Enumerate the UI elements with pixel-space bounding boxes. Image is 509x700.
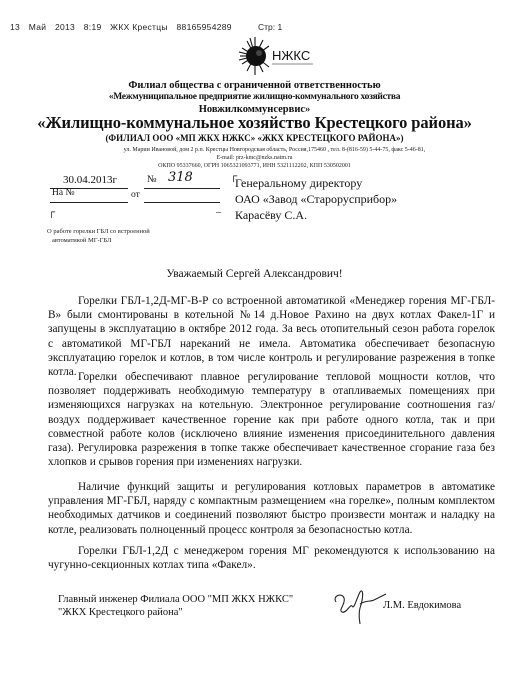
sun-burst-logo-icon: НЖКС [238,36,328,76]
fax-year: 2013 [55,22,75,32]
recipient-title: Генеральному директору [235,175,397,191]
letter-date: 30.04.2013г [63,174,117,186]
letterhead-title: «Жилищно-коммунальное хозяйство Крестецк… [0,113,509,133]
body-paragraph-3: Наличие функций защиты и регулирования к… [48,480,495,537]
body-paragraph-1: Горелки ГБЛ-1,2Д-МГ-В-Р со встроенной ав… [48,294,495,379]
letter-number-label: № [147,174,157,185]
fax-day: 13 [10,22,20,32]
svg-text:НЖКС: НЖКС [272,48,310,63]
body-paragraph-4: Горелки ГБЛ-1,2Д с менеджером горения МГ… [48,544,495,572]
body-paragraph-2: Горелки обеспечивают плавное регулирован… [48,370,495,469]
subject-line-2: автоматикой МГ-ГБЛ [47,236,150,245]
fax-time: 8:19 [84,22,102,32]
handwritten-signature-icon [330,586,390,626]
signatory-position-line-2: "ЖКХ Крестецкого района" [58,607,293,620]
signatory-position: Главный инженер Филиала ООО "МП ЖКХ НЖКС… [58,594,293,619]
recipient-name: Карасёву С.А. [235,207,397,223]
fax-sender: ЖКХ Крестцы [110,22,168,32]
subject-line-1: О работе горелки ГБЛ со встроенной [47,227,150,236]
corner-mark-right: – [216,208,221,218]
greeting: Уважаемый Сергей Александрович! [0,268,509,280]
letterhead-line-1: Филиал общества с ограниченной ответстве… [0,80,509,91]
from-underline [144,202,220,203]
subject-block: О работе горелки ГБЛ со встроенной автом… [47,227,150,245]
number-underline [144,188,220,189]
corner-mark-left: ┌ [48,208,55,218]
letterhead-email: E-mail: prz-kmc@nzks.natm.ru [0,155,509,161]
fax-header: 13 Май 2013 8:19 ЖКХ Крестцы 88165954289 [10,22,238,32]
page-number: Стр: 1 [258,22,282,32]
reference-underline [50,202,128,203]
recipient-company: ОАО «Завод «Старорусприбор» [235,191,397,207]
company-logo: НЖКС [238,36,328,76]
letterhead-codes: ОКПО 95337660, ОГРН 1065321093771, ИНН 5… [0,163,509,169]
letter-number-value: 318 [168,170,193,185]
signatory-name: Л.М. Евдокимова [383,600,461,611]
fax-phone: 88165954289 [177,22,232,32]
signatory-position-line-1: Главный инженер Филиала ООО "МП ЖКХ НЖКС… [58,594,293,607]
reference-number-label: На № [52,188,75,198]
letterhead-subtitle: (ФИЛИАЛ ООО «МП ЖКХ НЖКС» «ЖКХ КРЕСТЕЦКО… [0,133,509,143]
recipient-block: Генеральному директору ОАО «Завод «Старо… [235,175,397,223]
letterhead-address: ул. Марии Ивановой, дом 2 р.п. Крестцы Н… [0,147,509,153]
letterhead-line-2: «Межмуниципальное предприятие жилищно-ко… [0,92,509,102]
fax-month: Май [29,22,47,32]
reference-from-label: от [131,190,140,200]
